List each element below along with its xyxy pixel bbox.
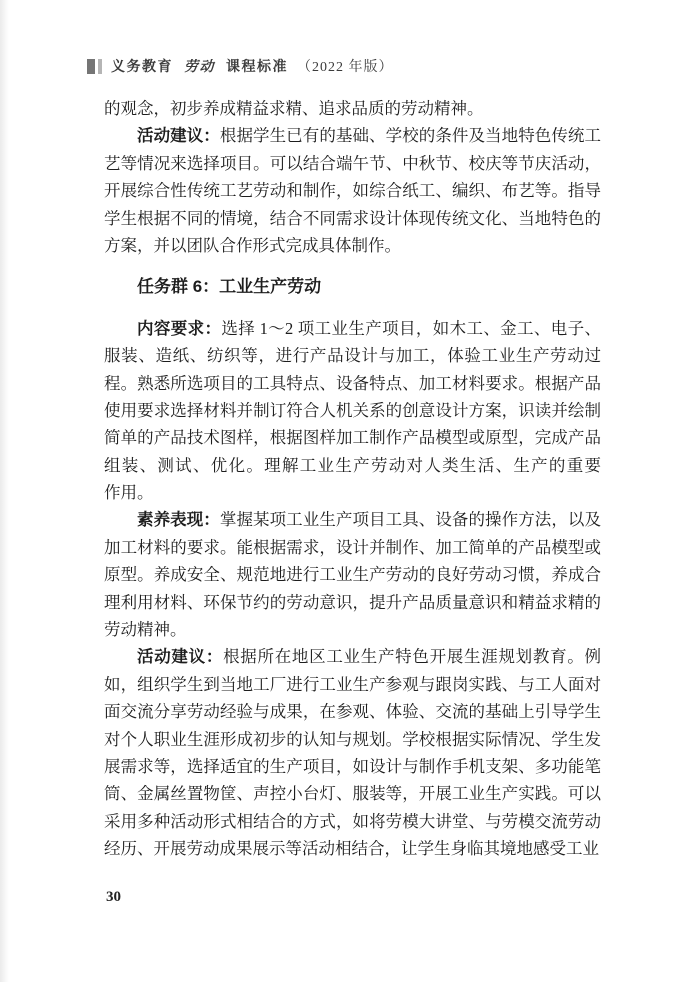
running-head: 义务教育 劳动 课程标准 （2022 年版）	[87, 56, 394, 76]
running-head-edition: （2022 年版）	[297, 60, 394, 75]
para-text: 选择 1～2 项工业生产项目，如木工、金工、电子、	[221, 319, 601, 338]
page-number: 30	[106, 889, 121, 906]
para-activity2-line: 经历、开展劳动成果展示等活动相结合，让学生身临其境地感受工业	[104, 835, 601, 862]
para-literacy-line: 原型。养成安全、规范地进行工业生产劳动的良好劳动习惯，养成合	[104, 561, 601, 588]
para-activity2-line: 对个人职业生涯形成初步的认知与规划。学校根据实际情况、学生发	[104, 726, 601, 753]
para-content-line: 使用要求选择材料并制订符合人机关系的创意设计方案，识读并绘制	[104, 397, 601, 424]
running-head-title: 义务教育 劳动 课程标准 （2022 年版）	[111, 56, 394, 76]
para-activity2-line: 如，组织学生到当地工厂进行工业生产参观与跟岗实践、与工人面对	[104, 671, 601, 698]
running-head-series: 义务教育	[111, 60, 173, 75]
para-text: 根据所在地区工业生产特色开展生涯规划教育。例	[223, 647, 601, 666]
para-text: 根据学生已有的基础、学校的条件及当地特色传统工	[220, 126, 601, 145]
document-page: 义务教育 劳动 课程标准 （2022 年版） 的观念，初步养成精益求精、追求品质…	[0, 0, 695, 982]
para-literacy-line: 理利用材料、环保节约的劳动意识，提升产品质量意识和精益求精的	[104, 589, 601, 616]
para-activity2-line: 筒、金属丝置物筐、声控小台灯、服装等，开展工业生产实践。可以	[104, 780, 601, 807]
para-activity2-line: 面交流分享劳动经验与成果，在参观、体验、交流的基础上引导学生	[104, 698, 601, 725]
para-lead: 活动建议：	[137, 127, 220, 145]
para-activity2-line: 展需求等，选择适宜的生产项目，如设计与制作手机支架、多功能笔	[104, 753, 601, 780]
para-activity2-line: 采用多种活动形式相结合的方式，如将劳模大讲堂、与劳模交流劳动	[104, 808, 601, 835]
para-content-line: 服装、造纸、纺织等，进行产品设计与加工，体验工业生产劳动过	[104, 342, 601, 369]
para-content-line: 组装、测试、优化。理解工业生产劳动对人类生活、生产的重要	[104, 452, 601, 479]
body-line: 的观念，初步养成精益求精、追求品质的劳动精神。	[104, 95, 601, 122]
para-literacy-line: 素养表现：掌握某项工业生产项目工具、设备的操作方法，以及	[104, 506, 601, 533]
para-content-line: 内容要求：选择 1～2 项工业生产项目，如木工、金工、电子、	[104, 315, 601, 342]
para-activity2-line: 活动建议：根据所在地区工业生产特色开展生涯规划教育。例	[104, 643, 601, 670]
header-bar-dark-icon	[87, 59, 95, 74]
para-literacy-line: 劳动精神。	[104, 616, 601, 643]
para-content-line: 作用。	[104, 479, 601, 506]
running-head-subject: 劳动	[184, 60, 215, 75]
para-content-line: 程。熟悉所选项目的工具特点、设备特点、加工材料要求。根据产品	[104, 370, 601, 397]
para-content-line: 简单的产品技术图样，根据图样加工制作产品模型或原型，完成产品	[104, 424, 601, 451]
header-bar-light-icon	[98, 59, 102, 74]
para-lead: 素养表现：	[137, 511, 220, 529]
section-heading: 任务群 6：工业生产劳动	[104, 273, 601, 300]
para-activity1-line: 学生根据不同的情境，结合不同需求设计体现传统文化、当地特色的	[104, 205, 601, 232]
para-text: 掌握某项工业生产项目工具、设备的操作方法，以及	[220, 510, 601, 529]
para-lead: 活动建议：	[137, 648, 223, 666]
text-column: 的观念，初步养成精益求精、追求品质的劳动精神。 活动建议：根据学生已有的基础、学…	[104, 95, 601, 863]
para-activity1-line: 活动建议：根据学生已有的基础、学校的条件及当地特色传统工	[104, 122, 601, 149]
para-literacy-line: 加工材料的要求。能根据需求，设计并制作、加工简单的产品模型或	[104, 534, 601, 561]
para-activity1-line: 艺等情况来选择项目。可以结合端午节、中秋节、校庆等节庆活动，	[104, 150, 601, 177]
para-lead: 内容要求：	[137, 320, 221, 338]
para-activity1-line: 方案，并以团队合作形式完成具体制作。	[104, 232, 601, 259]
running-head-doctype: 课程标准	[226, 60, 288, 75]
para-activity1-line: 开展综合性传统工艺劳动和制作，如综合纸工、编织、布艺等。指导	[104, 177, 601, 204]
